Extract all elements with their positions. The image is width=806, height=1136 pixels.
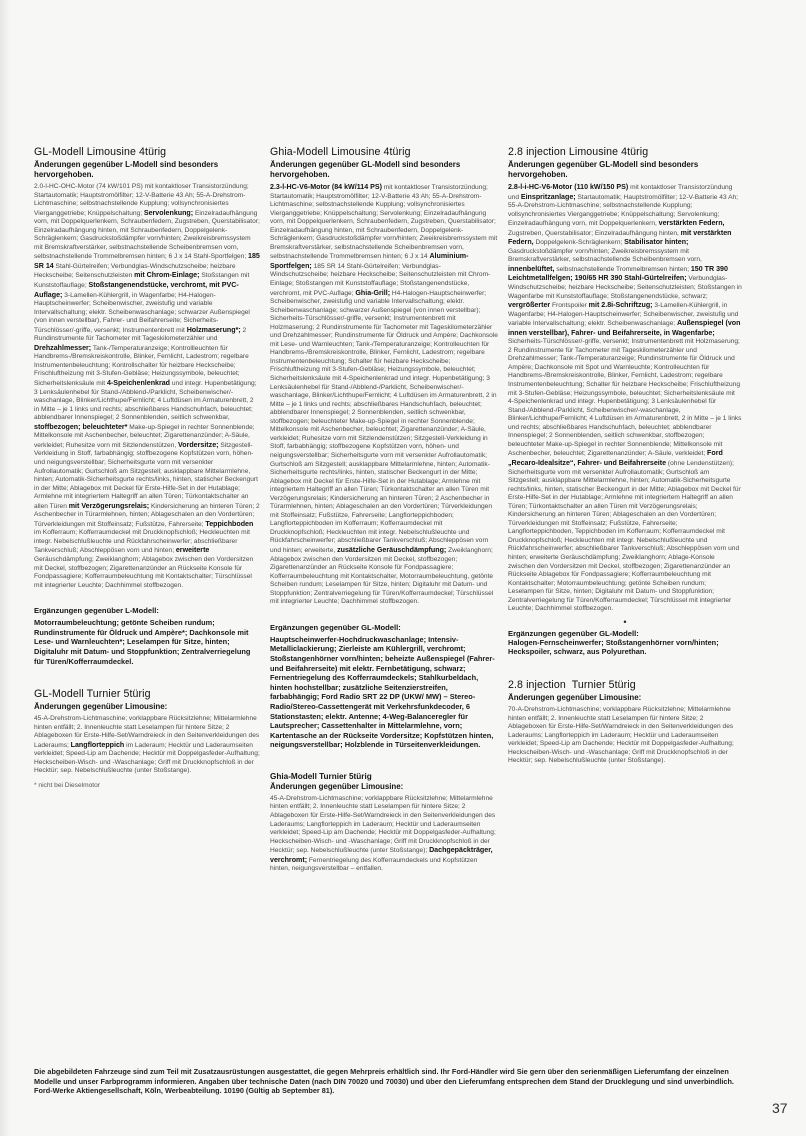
highlighted-change: Langflorteppich: [71, 741, 125, 749]
spec-run: Sitzgestell-Verkleidung in Stoff, farbab…: [34, 442, 258, 510]
highlighted-change: Drehzahlmesser;: [34, 344, 91, 352]
section-ghia-turnier: Ghia-Modell Turnier 5türig Änderungen ge…: [270, 772, 498, 874]
section-title: 2.8 injection Limousine 4türig: [508, 146, 742, 158]
section-title: Ghia-Modell Limousine 4türig: [270, 146, 498, 158]
highlighted-change: Vordersitze;: [178, 441, 218, 449]
spec-run: 70-A-Drehstrom-Lichtmaschine; vorklappba…: [508, 706, 734, 764]
highlighted-change: innenbelüftet,: [508, 265, 555, 273]
section-subtitle: Änderungen gegenüber Limousine:: [270, 782, 498, 792]
section-28i-turnier: 2.8 injection Turnier 5türig Änderungen …: [508, 679, 742, 766]
page-number: 37: [772, 1100, 788, 1116]
highlighted-change: verstärkten Federn,: [659, 219, 725, 227]
highlighted-change: Stabilisator hinten;: [624, 238, 688, 246]
spec-run: Zweiklanghorn; Ablagebox zwischen den Vo…: [270, 547, 493, 605]
spec-run: Einzelradaufhängung vorn, mit Doppelquer…: [34, 210, 260, 261]
section-subtitle: Änderungen gegenüber Limousine:: [508, 693, 742, 703]
section-title: Ghia-Modell Turnier 5türig: [270, 772, 498, 782]
column-gl-modell: GL-Modell Limousine 4türig Änderungen ge…: [34, 146, 260, 789]
spec-run: Doppelgelenk-Schräglenkern;: [534, 239, 625, 246]
spec-text: 2.0-l-HC-OHC-Motor (74 kW/101 PS) mit ko…: [34, 183, 260, 590]
spec-run: mit kontaktloser Transistorzündung; Star…: [270, 184, 497, 260]
scan-edge-shadow: [0, 0, 10, 1136]
spec-run: im Kofferraum; Kofferraumdeckel mit Druc…: [34, 529, 250, 554]
section-title: 2.8 injection Turnier 5türig: [508, 679, 742, 691]
bullet-separator: •: [508, 617, 742, 627]
highlighted-change: 4-Speichenlenkrad: [107, 379, 170, 387]
spec-text: 2.3-l-HC-V6-Motor (84 kW/114 PS) mit kon…: [270, 183, 498, 607]
supplement-text: Hauptscheinwerfer-Hochdruckwaschanlage; …: [270, 635, 498, 750]
spec-run: H4-Halogen-Hauptscheinwerfer; Scheibenwi…: [270, 290, 498, 554]
highlighted-change: mit Verzögerungsrelais;: [69, 502, 149, 510]
highlighted-change: mit Chrom-Einlage;: [134, 271, 199, 279]
footnote: * nicht bei Dieselmotor: [34, 782, 260, 789]
highlighted-change: Teppichboden: [205, 520, 253, 528]
section-title: GL-Modell Turnier 5türig: [34, 688, 260, 700]
highlighted-change: Holzmaserung*;: [187, 326, 241, 334]
highlighted-change: 2.3-l-HC-V6-Motor (84 kW/114 PS): [270, 183, 382, 191]
spec-run: selbstnachstellende Trommelbremsen hinte…: [555, 266, 691, 273]
legal-footer: Die abgebildeten Fahrzeuge sind zum Teil…: [34, 1067, 754, 1096]
highlighted-change: Einspritzanlage;: [521, 193, 576, 201]
section-subtitle: Änderungen gegenüber L-Modell sind beson…: [34, 160, 260, 180]
section-gl-turnier: GL-Modell Turnier 5türig Änderungen gege…: [34, 688, 260, 789]
spec-text: 2.8-l-i-HC-V6-Motor (110 kW/150 PS) mit …: [508, 183, 742, 614]
highlighted-change: Ghia-Grill;: [355, 289, 390, 297]
spec-run: Gasdruckstoßdämpfer vorn/hinten; Zweikre…: [508, 248, 702, 264]
highlighted-change: mit 2.8i-Schriftzug;: [589, 301, 653, 309]
spec-run: Geräuschdämpfung; Zweiklanghorn; Ablageb…: [34, 556, 253, 589]
spec-text: 45-A-Drehstrom-Lichtmaschine; vorklappba…: [270, 795, 498, 874]
section-subtitle: Änderungen gegenüber Limousine:: [34, 702, 260, 712]
section-28i-limousine: 2.8 injection Limousine 4türig Änderunge…: [508, 146, 742, 657]
spec-run: Sicherheits-Türschlösser/-griffe, versen…: [508, 338, 741, 457]
supplement-text: Motorraumbeleuchtung; getönte Scheiben r…: [34, 618, 260, 666]
supplement-heading: Ergänzungen gegenüber L-Modell:: [34, 606, 260, 615]
highlighted-change: erweiterte: [176, 546, 210, 554]
spec-text: 45-A-Drehstrom-Lichtmaschine; vorklappba…: [34, 715, 260, 776]
spec-run: Zugstreben, Querstabilisator; Einzelrada…: [508, 230, 681, 237]
highlighted-change: Servolenkung;: [144, 209, 193, 217]
section-gl-limousine: GL-Modell Limousine 4türig Änderungen ge…: [34, 146, 260, 666]
supplement-heading: Ergänzungen gegenüber GL-Modell:: [270, 623, 498, 632]
section-title: GL-Modell Limousine 4türig: [34, 146, 260, 158]
highlighted-change: vergrößerter: [508, 301, 550, 309]
section-subtitle: Änderungen gegenüber GL-Modell sind beso…: [508, 160, 742, 180]
spec-text: 70-A-Drehstrom-Lichtmaschine; vorklappba…: [508, 706, 742, 766]
column-ghia-modell: Ghia-Modell Limousine 4türig Änderungen …: [270, 146, 498, 874]
section-ghia-limousine: Ghia-Modell Limousine 4türig Änderungen …: [270, 146, 498, 750]
highlighted-change: stoffbezogen; beleuchteter*: [34, 423, 127, 431]
highlighted-change: zusätzliche Geräuschdämpfung;: [337, 546, 446, 554]
supplement-heading: Ergänzungen gegenüber GL-Modell:: [508, 629, 742, 638]
column-2-8-injection: 2.8 injection Limousine 4türig Änderunge…: [508, 146, 742, 766]
section-subtitle: Änderungen gegenüber GL-Modell sind beso…: [270, 160, 498, 180]
spec-run: Frontspoiler: [550, 302, 588, 309]
spec-run: (ohne Lendenstützen); Sicherheitsgurte v…: [508, 460, 741, 612]
highlighted-change: 2.8-l-i-HC-V6-Motor (110 kW/150 PS): [508, 183, 628, 191]
supplement-text: Halogen-Fernscheinwerfer; Stoßstangenhör…: [508, 638, 742, 657]
